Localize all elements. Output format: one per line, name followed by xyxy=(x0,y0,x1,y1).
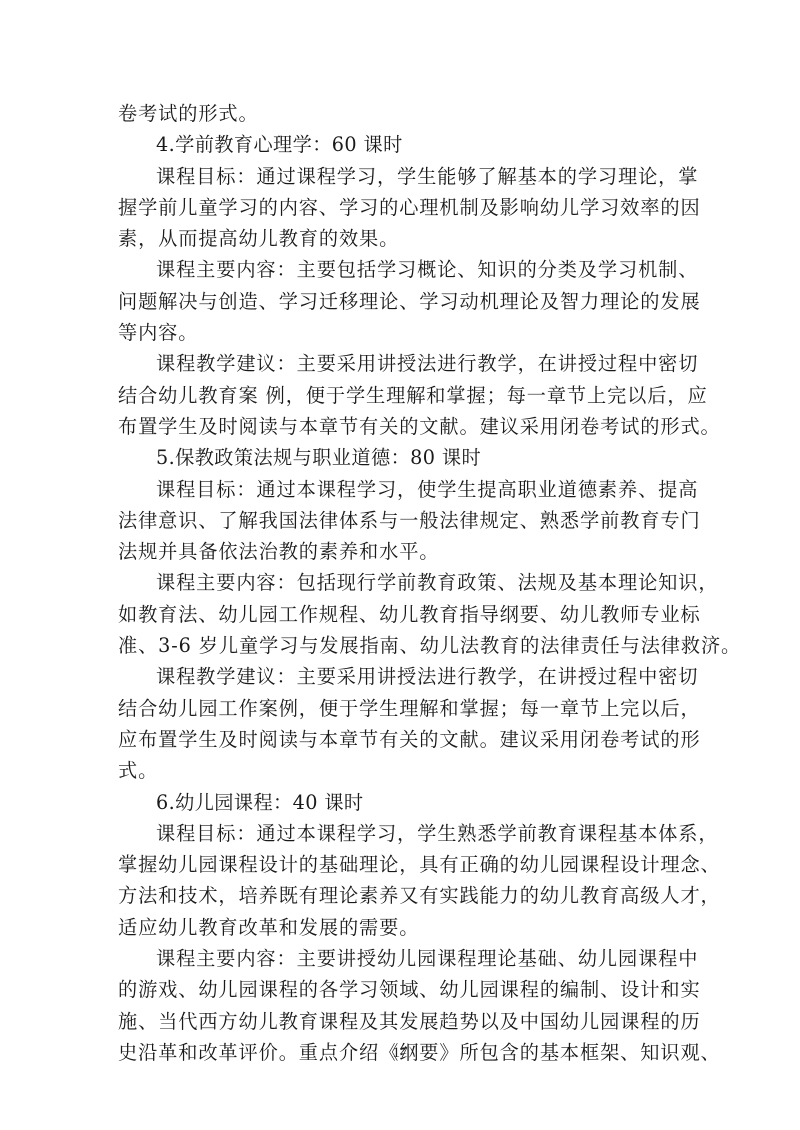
page-body: 卷考试的形式。4.学前教育心理学：60 课时课程目标：通过课程学习，学生能够了解… xyxy=(118,98,693,1068)
text-line: 法规并具备依法治教的素养和水平。 xyxy=(118,536,693,567)
text-line: 结合幼儿园工作案例，便于学生理解和掌握；每一章节上完以后， xyxy=(118,693,693,724)
text-line: 方法和技术，培养既有理论素养又有实践能力的幼儿教育高级人才， xyxy=(118,880,693,911)
text-line: 布置学生及时阅读与本章节有关的文献。建议采用闭卷考试的形式。 xyxy=(118,411,693,442)
text-line: 的游戏、幼儿园课程的各学习领域、幼儿园课程的编制、设计和实 xyxy=(118,974,693,1005)
text-line: 素，从而提高幼儿教育的效果。 xyxy=(118,223,693,254)
text-line: 课程主要内容：主要讲授幼儿园课程理论基础、幼儿园课程中 xyxy=(118,943,693,974)
section-heading: 5.保教政策法规与职业道德：80 课时 xyxy=(118,442,693,473)
text-line: 如教育法、幼儿园工作规程、幼儿教育指导纲要、幼儿教师专业标 xyxy=(118,599,693,630)
text-line: 问题解决与创造、学习迁移理论、学习动机理论及智力理论的发展 xyxy=(118,286,693,317)
page-number: 17 xyxy=(0,1045,800,1062)
text-line: 施、当代西方幼儿教育课程及其发展趋势以及中国幼儿园课程的历 xyxy=(118,1006,693,1037)
text-line: 课程目标：通过本课程学习，学生熟悉学前教育课程基本体系， xyxy=(118,818,693,849)
text-line: 课程教学建议：主要采用讲授法进行教学，在讲授过程中密切 xyxy=(118,661,693,692)
section-heading: 4.学前教育心理学：60 课时 xyxy=(118,129,693,160)
text-line: 握学前儿童学习的内容、学习的心理机制及影响幼儿学习效率的因 xyxy=(118,192,693,223)
text-line: 课程主要内容：包括现行学前教育政策、法规及基本理论知识， xyxy=(118,567,693,598)
text-line: 结合幼儿教育案 例，便于学生理解和掌握；每一章节上完以后，应 xyxy=(118,380,693,411)
text-line: 卷考试的形式。 xyxy=(118,98,693,129)
document-page: 卷考试的形式。4.学前教育心理学：60 课时课程目标：通过课程学习，学生能够了解… xyxy=(0,0,800,1130)
text-line: 法律意识、了解我国法律体系与一般法律规定、熟悉学前教育专门 xyxy=(118,505,693,536)
text-line: 准、3-6 岁儿童学习与发展指南、幼儿法教育的法律责任与法律救济。 xyxy=(118,630,693,661)
text-line: 课程主要内容：主要包括学习概论、知识的分类及学习机制、 xyxy=(118,254,693,285)
text-line: 课程教学建议：主要采用讲授法进行教学，在讲授过程中密切 xyxy=(118,348,693,379)
section-heading: 6.幼儿园课程：40 课时 xyxy=(118,787,693,818)
text-line: 等内容。 xyxy=(118,317,693,348)
text-line: 课程目标：通过本课程学习，使学生提高职业道德素养、提高 xyxy=(118,474,693,505)
text-line: 课程目标：通过课程学习，学生能够了解基本的学习理论，掌 xyxy=(118,161,693,192)
text-line: 掌握幼儿园课程设计的基础理论，具有正确的幼儿园课程设计理念、 xyxy=(118,849,693,880)
text-line: 式。 xyxy=(118,755,693,786)
text-line: 适应幼儿教育改革和发展的需要。 xyxy=(118,912,693,943)
text-line: 应布置学生及时阅读与本章节有关的文献。建议采用闭卷考试的形 xyxy=(118,724,693,755)
